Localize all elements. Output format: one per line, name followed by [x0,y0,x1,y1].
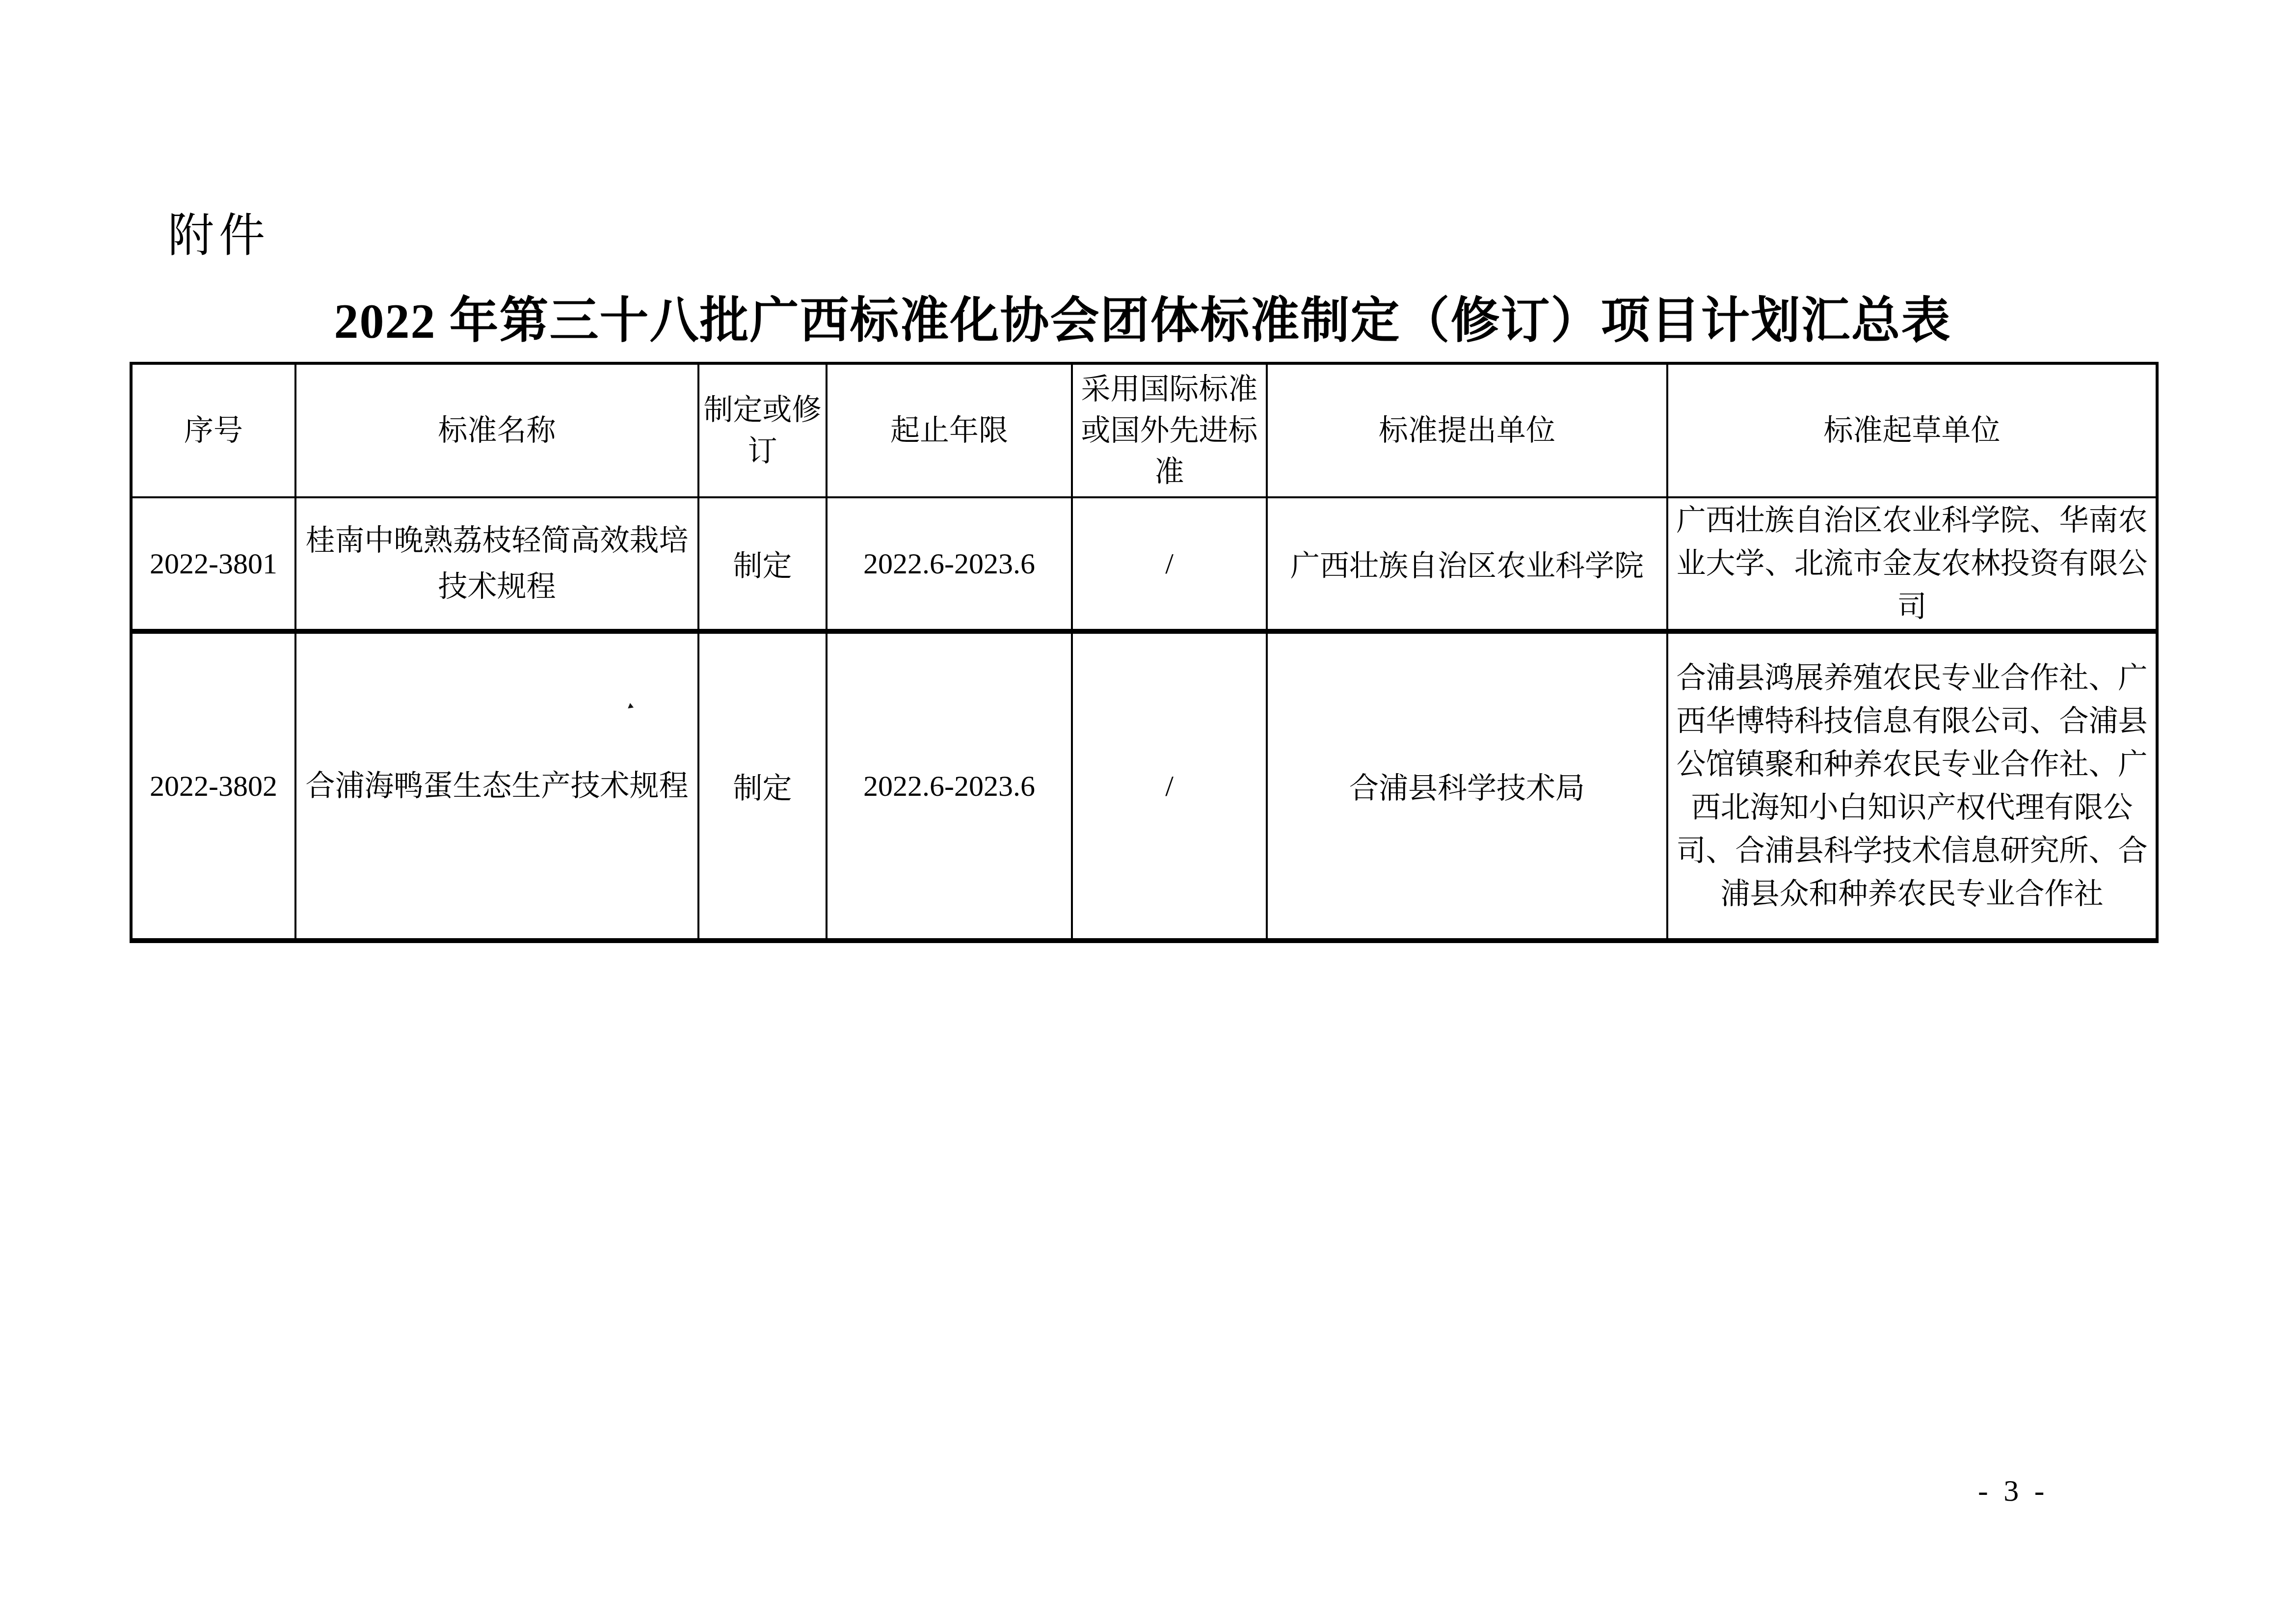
cell-seq: 2022-3801 [131,497,295,631]
document-page: 附件 2022 年第三十八批广西标准化协会团体标准制定（修订）项目计划汇总表 序… [0,0,2296,1623]
column-header-intl-standard: 采用国际标准或国外先进标准 [1072,363,1267,497]
cell-drafters: 广西壮族自治区农业科学院、华南农业大学、北流市金友农林投资有限公司 [1667,497,2157,631]
cell-make-or-revise: 制定 [698,497,827,631]
cell-intl-standard: / [1072,497,1267,631]
cell-seq: 2022-3802 [131,631,295,941]
column-header-proposer: 标准提出单位 [1267,363,1667,497]
cell-standard-name: 合浦海鸭蛋生态生产技术规程 [295,631,698,941]
cell-proposer: 广西壮族自治区农业科学院 [1267,497,1667,631]
cell-drafters: 合浦县鸿展养殖农民专业合作社、广西华博特科技信息有限公司、合浦县公馆镇聚和种养农… [1667,631,2157,941]
document-title: 2022 年第三十八批广西标准化协会团体标准制定（修订）项目计划汇总表 [130,281,2156,352]
cell-proposer: 合浦县科学技术局 [1267,631,1667,941]
cell-period: 2022.6-2023.6 [827,497,1072,631]
table-header-row: 序号 标准名称 制定或修订 起止年限 采用国际标准或国外先进标准 标准提出单位 … [131,363,2157,497]
cell-intl-standard: / [1072,631,1267,941]
standards-plan-table: 序号 标准名称 制定或修订 起止年限 采用国际标准或国外先进标准 标准提出单位 … [130,362,2159,943]
column-header-make-or-revise: 制定或修订 [698,363,827,497]
column-header-seq: 序号 [131,363,295,497]
column-header-standard-name: 标准名称 [295,363,698,497]
cell-make-or-revise: 制定 [698,631,827,941]
cell-period: 2022.6-2023.6 [827,631,1072,941]
column-header-drafters: 标准起草单位 [1667,363,2157,497]
table-row: 2022-3801 桂南中晚熟荔枝轻简高效栽培技术规程 制定 2022.6-20… [131,497,2157,631]
attachment-label: 附件 [168,198,270,265]
page-number: - 3 - [1978,1474,2048,1509]
table-row: 2022-3802 合浦海鸭蛋生态生产技术规程 制定 2022.6-2023.6… [131,631,2157,941]
cell-standard-name: 桂南中晚熟荔枝轻简高效栽培技术规程 [295,497,698,631]
column-header-period: 起止年限 [827,363,1072,497]
